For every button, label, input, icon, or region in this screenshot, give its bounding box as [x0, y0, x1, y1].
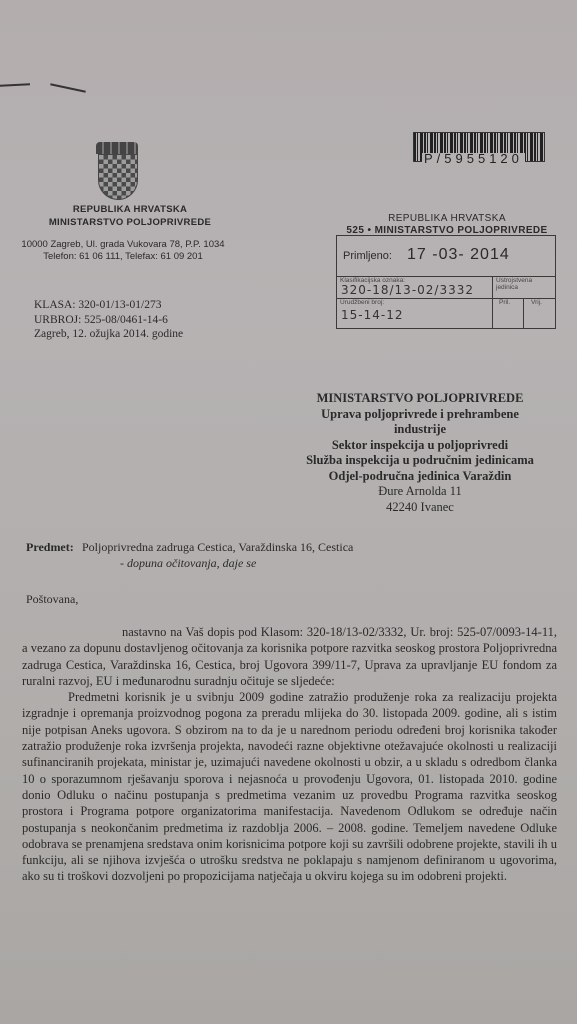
subject-label: Predmet: — [26, 539, 82, 555]
barcode-number: P/5955120 — [422, 153, 525, 165]
recipient-street: Đure Arnolda 11 — [270, 484, 570, 500]
reg-number-label: Urudžbeni broj: — [340, 299, 384, 306]
letterhead-ministry: MINISTARSTVO POLJOPRIVREDE — [40, 216, 220, 229]
letter-body: nastavno na Vaš dopis pod Klasom: 320-18… — [22, 624, 557, 885]
org-unit-label: Ustrojstvena jedinica — [496, 277, 555, 291]
received-label: Primljeno: — [343, 250, 392, 262]
recipient-line: MINISTARSTVO POLJOPRIVREDE — [270, 391, 570, 407]
recipient-line: Sektor inspekcija u poljoprivredi — [270, 438, 570, 454]
recipient-address: MINISTARSTVO POLJOPRIVREDE Uprava poljop… — [270, 391, 570, 515]
value-label: Vrij. — [531, 299, 542, 306]
letterhead-title: REPUBLIKA HRVATSKA MINISTARSTVO POLJOPRI… — [40, 203, 220, 229]
croatian-coat-of-arms-icon — [96, 142, 138, 200]
attachments-label: Pril. — [499, 299, 510, 306]
letterhead-country: REPUBLIKA HRVATSKA — [40, 203, 220, 216]
klasa: KLASA: 320-01/13-01/273 — [34, 298, 183, 313]
classification-value: 320-18/13-02/3332 — [341, 283, 474, 297]
body-paragraph-1: nastavno na Vaš dopis pod Klasom: 320-18… — [22, 624, 557, 689]
pen-mark — [0, 83, 30, 87]
subject-line1: Poljoprivredna zadruga Cestica, Varaždin… — [82, 540, 353, 554]
greeting: Poštovana, — [26, 592, 78, 607]
subject-line2: - dopuna očitovanja, daje se — [120, 555, 353, 571]
document-date: Zagreb, 12. ožujka 2014. godine — [34, 327, 183, 342]
stamp-header: REPUBLIKA HRVATSKA 525 • MINISTARSTVO PO… — [336, 213, 558, 237]
reg-number-value: 15-14-12 — [341, 308, 403, 322]
recipient-line: Služba inspekcija u područnim jedinicama — [270, 453, 570, 469]
urbroj: URBROJ: 525-08/0461-14-6 — [34, 313, 183, 328]
receipt-stamp: Primljeno: 17 -03- 2014 Klasifikacijska … — [336, 235, 556, 329]
recipient-city: 42240 Ivanec — [270, 500, 570, 516]
stamp-country: REPUBLIKA HRVATSKA — [336, 213, 558, 225]
letterhead-contact: 10000 Zagreb, Ul. grada Vukovara 78, P.P… — [8, 239, 238, 263]
pen-mark — [50, 83, 86, 92]
letterhead-phone: Telefon: 61 06 111, Telefax: 61 09 201 — [8, 251, 238, 263]
recipient-line: industrije — [270, 422, 570, 438]
document-references: KLASA: 320-01/13-01/273 URBROJ: 525-08/0… — [34, 298, 183, 342]
letterhead-address: 10000 Zagreb, Ul. grada Vukovara 78, P.P… — [8, 239, 238, 251]
subject: Predmet:Poljoprivredna zadruga Cestica, … — [26, 539, 353, 571]
body-paragraph-2: Predmetni korisnik je u svibnju 2009 god… — [22, 689, 557, 885]
recipient-line: Uprava poljoprivrede i prehrambene — [270, 407, 570, 423]
received-date: 17 -03- 2014 — [407, 246, 510, 264]
recipient-line: Odjel-područna jedinica Varaždin — [270, 469, 570, 485]
